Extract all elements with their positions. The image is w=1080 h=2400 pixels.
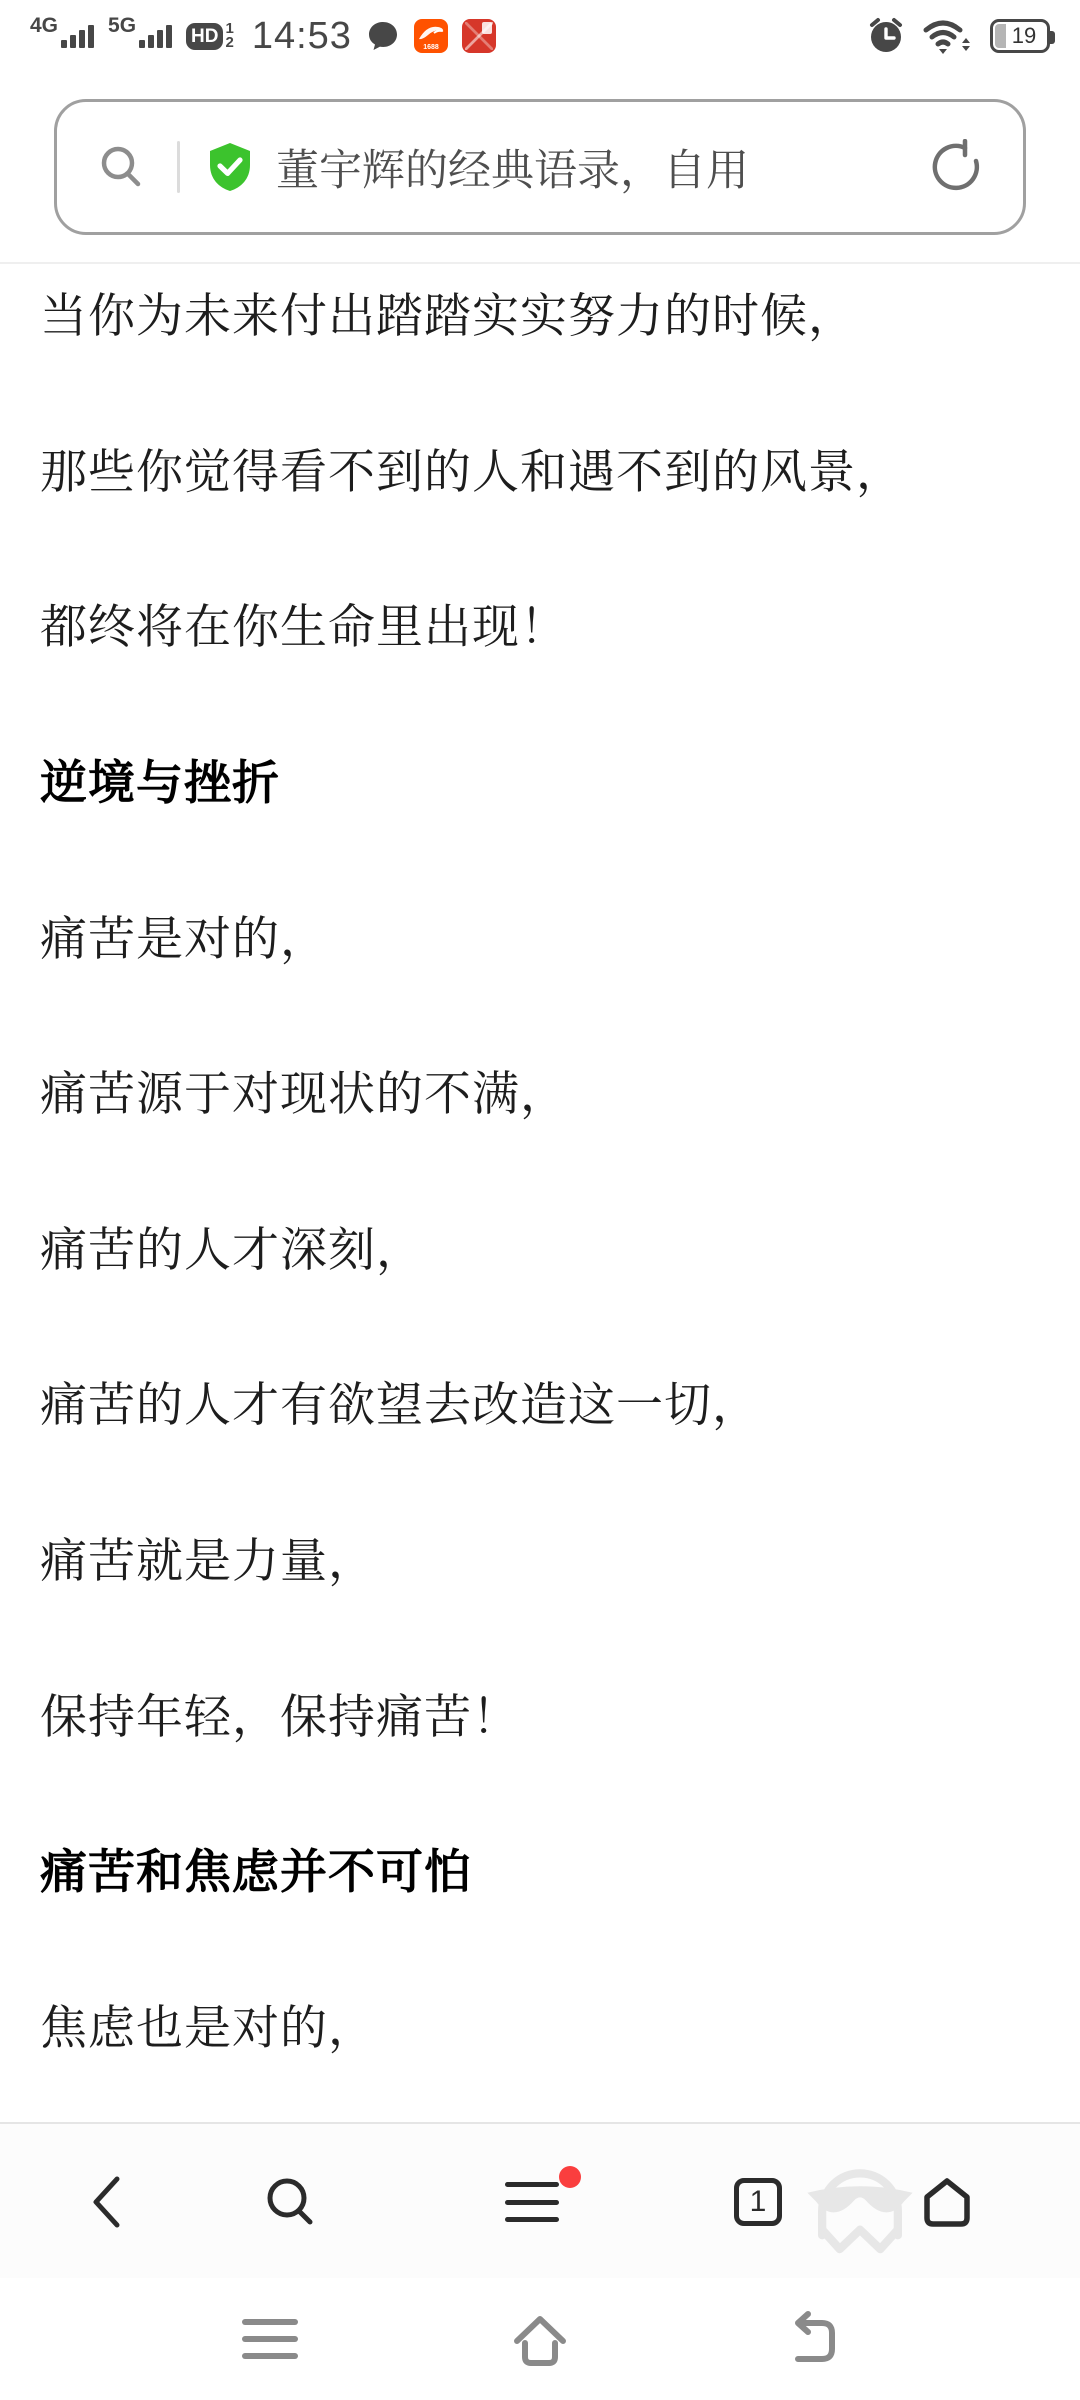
nav-menu-icon <box>242 2319 298 2359</box>
page-content: 当你为未来付出踏踏实实努力的时候，那些你觉得看不到的人和遇不到的风景，都终将在你… <box>0 266 1080 2122</box>
browser-search-button[interactable] <box>245 2124 335 2280</box>
nav-home-icon <box>507 2311 573 2367</box>
browser-toolbar: 1 <box>0 2122 1080 2280</box>
signal-bars-5g: 5G <box>108 25 172 48</box>
content-heading: 逆境与挫折 <box>40 757 1040 810</box>
tab-count-box: 1 <box>734 2178 782 2226</box>
nav-home-button[interactable] <box>495 2278 585 2400</box>
status-bar: 4G 5G HD 1 2 14:53 <box>0 0 1080 72</box>
search-section: 董宇辉的经典语录，自用 <box>0 72 1080 264</box>
content-paragraph: 痛苦源于对现状的不满， <box>40 1068 1040 1121</box>
content-paragraph: 焦虑也是对的， <box>40 2002 1040 2055</box>
clock-time: 14:53 <box>252 15 352 58</box>
search-icon <box>95 141 147 193</box>
content-paragraph: 痛苦是对的， <box>40 913 1040 966</box>
signal-bars-4g: 4G <box>30 25 94 48</box>
address-search-bar[interactable]: 董宇辉的经典语录，自用 <box>54 99 1026 235</box>
battery-icon: 19 <box>990 19 1050 53</box>
nav-back-button[interactable] <box>765 2278 855 2400</box>
phone-screen: 4G 5G HD 1 2 14:53 <box>0 0 1080 2400</box>
network-5g-label: 5G <box>108 15 136 36</box>
message-bubble-icon <box>366 19 400 53</box>
content-heading: 痛苦和焦虑并不可怕 <box>40 1846 1040 1899</box>
content-paragraph: 痛苦的人才有欲望去改造这一切， <box>40 1379 1040 1432</box>
app-icon-1688: 1688 <box>414 19 448 53</box>
tab-count: 1 <box>750 2185 767 2219</box>
search-divider <box>177 141 180 193</box>
browser-home-button[interactable] <box>902 2124 992 2280</box>
nav-back-icon <box>778 2311 842 2367</box>
content-paragraph: 都终将在你生命里出现！ <box>40 601 1040 654</box>
wifi-icon <box>922 16 974 56</box>
content-paragraph: 痛苦的人才深刻， <box>40 1224 1040 1277</box>
battery-percent: 19 <box>1012 23 1036 49</box>
refresh-icon[interactable] <box>929 139 985 195</box>
app-icon-calendar-seal <box>462 19 496 53</box>
hd-label: HD <box>186 23 223 50</box>
search-query-text[interactable]: 董宇辉的经典语录，自用 <box>276 137 929 198</box>
home-icon <box>917 2172 977 2232</box>
network-4g-label: 4G <box>30 15 58 36</box>
shield-check-icon <box>206 141 254 193</box>
hd-sim2: 2 <box>225 36 233 50</box>
menu-icon <box>505 2182 559 2222</box>
content-paragraph: 保持年轻，保持痛苦！ <box>40 1691 1040 1744</box>
browser-menu-button[interactable] <box>487 2124 577 2280</box>
svg-text:1688: 1688 <box>423 44 439 51</box>
search-icon <box>261 2173 319 2231</box>
battery-fill <box>995 24 1006 48</box>
android-nav-bar <box>0 2278 1080 2400</box>
hd-volte-badge: HD 1 2 <box>186 22 234 51</box>
alarm-clock-icon <box>866 16 906 56</box>
browser-back-button[interactable] <box>62 2124 152 2280</box>
back-chevron-icon <box>84 2171 130 2233</box>
content-paragraph: 那些你觉得看不到的人和遇不到的风景， <box>40 446 1040 499</box>
content-paragraph: 痛苦就是力量， <box>40 1535 1040 1588</box>
notification-dot <box>559 2166 581 2188</box>
browser-tabs-button[interactable]: 1 <box>713 2124 803 2280</box>
content-paragraph: 当你为未来付出踏踏实实努力的时候， <box>40 290 1040 343</box>
nav-menu-button[interactable] <box>225 2278 315 2400</box>
